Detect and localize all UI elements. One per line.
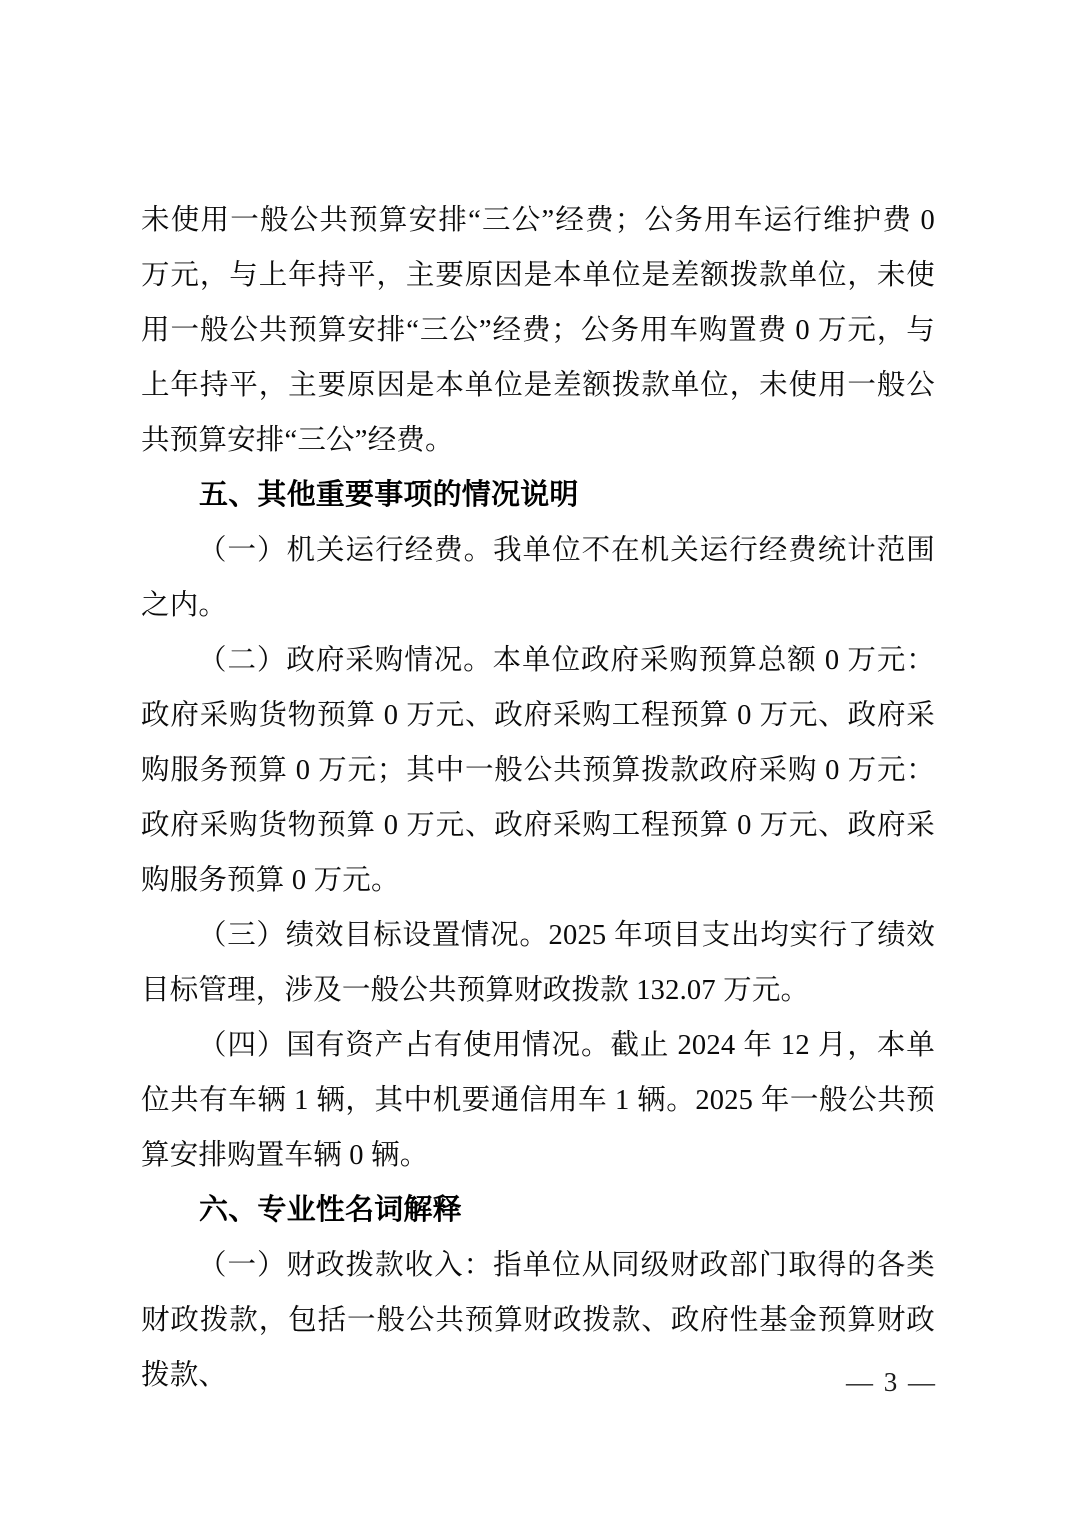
paragraph-continuation-three-public-funds: 未使用一般公共预算安排“三公”经费；公务用车运行维护费 0 万元，与上年持平，主… — [141, 193, 935, 468]
paragraph-state-owned-assets: （四）国有资产占有使用情况。截止 2024 年 12 月，本单位共有车辆 1 辆… — [141, 1018, 935, 1183]
paragraph-performance-targets: （三）绩效目标设置情况。2025 年项目支出均实行了绩效目标管理，涉及一般公共预… — [141, 908, 935, 1018]
paragraph-fiscal-appropriation-income: （一）财政拨款收入：指单位从同级财政部门取得的各类财政拨款，包括一般公共预算财政… — [141, 1238, 935, 1403]
paragraph-agency-operating-expenses: （一）机关运行经费。我单位不在机关运行经费统计范围之内。 — [141, 523, 935, 633]
section-heading-6-terminology: 六、专业性名词解释 — [141, 1183, 935, 1238]
page-body-text: 未使用一般公共预算安排“三公”经费；公务用车运行维护费 0 万元，与上年持平，主… — [141, 193, 935, 1403]
section-heading-5-other-important-matters: 五、其他重要事项的情况说明 — [141, 468, 935, 523]
paragraph-government-procurement: （二）政府采购情况。本单位政府采购预算总额 0 万元：政府采购货物预算 0 万元… — [141, 633, 935, 908]
document-page: 未使用一般公共预算安排“三公”经费；公务用车运行维护费 0 万元，与上年持平，主… — [0, 0, 1074, 1520]
page-number: — 3 — — [846, 1362, 937, 1402]
